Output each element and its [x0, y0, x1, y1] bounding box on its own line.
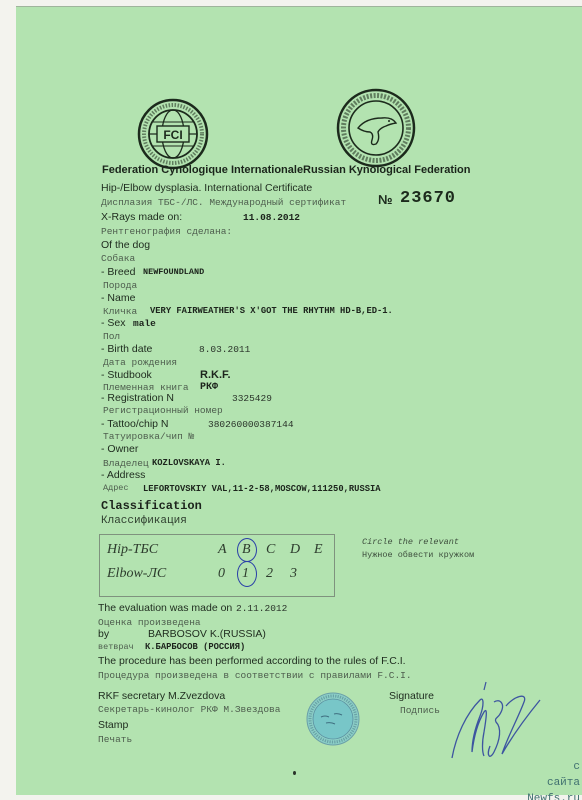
- name-label-en: - Name: [101, 292, 135, 304]
- xray-label-ru: Рентгенография сделана:: [101, 226, 232, 237]
- birth-label-ru: Дата рождения: [103, 357, 177, 368]
- number-sign: №: [378, 192, 393, 207]
- breed-label-en: - Breed: [101, 266, 135, 278]
- by-label-en: by: [98, 628, 109, 640]
- watermark-line1: с: [527, 759, 580, 775]
- sex-label-ru: Пол: [103, 331, 120, 342]
- owner-label-ru: Владелец: [103, 458, 149, 469]
- signature-label-ru: Подпись: [400, 705, 440, 716]
- classification-title-en: Classification: [101, 499, 202, 513]
- owner-value: KOZLOVSKAYA I.: [152, 458, 226, 468]
- studbook-label-en: - Studbook: [101, 369, 152, 381]
- secretary-ru: Секретарь-кинолог РКФ М.Звездова: [98, 704, 280, 715]
- hip-grade-c[interactable]: C: [266, 542, 275, 558]
- evaluation-label-en: The evaluation was made on: [98, 602, 232, 614]
- rkf-name: Russian Kynological Federation: [303, 164, 470, 176]
- by-label-ru: ветврач: [98, 642, 134, 652]
- ink-dot: [293, 771, 296, 775]
- owner-label-en: - Owner: [101, 443, 138, 455]
- elbow-grade-0[interactable]: 0: [218, 566, 225, 582]
- secretary-en: RKF secretary M.Zvezdova: [98, 690, 225, 702]
- breed-label-ru: Порода: [103, 280, 137, 291]
- dog-section-en: Of the dog: [101, 239, 150, 251]
- name-value: VERY FAIRWEATHER'S X'GOT THE RHYTHM HD-B…: [150, 306, 393, 316]
- evaluation-date: 2.11.2012: [236, 603, 287, 614]
- xray-label-en: X-Rays made on:: [101, 211, 182, 223]
- watermark-line2: сайта: [527, 775, 580, 791]
- xray-date: 11.08.2012: [243, 212, 300, 223]
- circle-note-en: Circle the relevant: [362, 537, 459, 547]
- hip-grade-d[interactable]: D: [290, 542, 300, 558]
- vet-name-ru: К.БАРБОСОВ (РОССИЯ): [145, 642, 245, 652]
- hip-selected-circle: [237, 538, 257, 562]
- sex-value: male: [133, 318, 156, 329]
- chip-label-ru: Татуировка/чип №: [103, 431, 194, 442]
- hip-grade-a[interactable]: A: [218, 542, 227, 558]
- procedure-en: The procedure has been performed accordi…: [98, 655, 406, 667]
- sex-label-en: - Sex: [101, 317, 126, 329]
- evaluation-label-ru: Оценка произведена: [98, 617, 201, 628]
- chip-value: 380260000387144: [208, 419, 294, 430]
- studbook-value-en: R.K.F.: [200, 369, 231, 381]
- studbook-value-ru: РКФ: [200, 382, 218, 393]
- address-label-ru: Адрес: [103, 483, 129, 493]
- hip-label: Hip-ТБС: [107, 542, 158, 558]
- birth-label-en: - Birth date: [101, 343, 152, 355]
- name-label-ru: Кличка: [103, 306, 137, 317]
- elbow-selected-circle: [237, 561, 257, 587]
- registration-label-en: - Registration N: [101, 392, 174, 404]
- circle-note-ru: Нужное обвести кружком: [362, 550, 474, 560]
- fci-name: Federation Cynologique Internationale: [102, 164, 303, 176]
- vet-name-en: BARBOSOV K.(RUSSIA): [148, 628, 266, 640]
- stamp-label-en: Stamp: [98, 719, 128, 731]
- certificate-title-en: Hip-/Elbow dysplasia. International Cert…: [101, 182, 312, 194]
- procedure-ru: Процедура произведена в соответствии с п…: [98, 670, 412, 681]
- certificate-title-ru: Дисплазия ТБС-/ЛС. Международный сертифи…: [101, 197, 346, 208]
- elbow-grade-2[interactable]: 2: [266, 566, 273, 582]
- address-value: LEFORTOVSKIY VAL,11-2-58,MOSCOW,111250,R…: [143, 484, 381, 494]
- birth-value: 8.03.2011: [199, 344, 250, 355]
- elbow-label: Elbow-ЛС: [107, 566, 166, 582]
- svg-text:FCI: FCI: [163, 128, 182, 142]
- rkf-logo: [336, 88, 416, 168]
- stamp-label-ru: Печать: [98, 734, 132, 745]
- site-watermark: с сайта Newfs.ru: [527, 759, 580, 800]
- registration-value: 3325429: [232, 393, 272, 404]
- fci-logo: FCI: [137, 98, 209, 170]
- hip-grade-e[interactable]: E: [314, 542, 323, 558]
- dog-section-ru: Собака: [101, 253, 135, 264]
- certificate-number: 23670: [400, 189, 456, 208]
- elbow-grade-3[interactable]: 3: [290, 566, 297, 582]
- chip-label-en: - Tattoo/chip N: [101, 418, 169, 430]
- rkf-stamp: [306, 692, 360, 751]
- breed-value: NEWFOUNDLAND: [143, 267, 204, 277]
- address-label-en: - Address: [101, 469, 145, 481]
- watermark-line3: Newfs.ru: [527, 791, 580, 800]
- registration-label-ru: Регистрационный номер: [103, 405, 223, 416]
- signature-label-en: Signature: [389, 690, 434, 702]
- classification-title-ru: Классификация: [101, 515, 187, 527]
